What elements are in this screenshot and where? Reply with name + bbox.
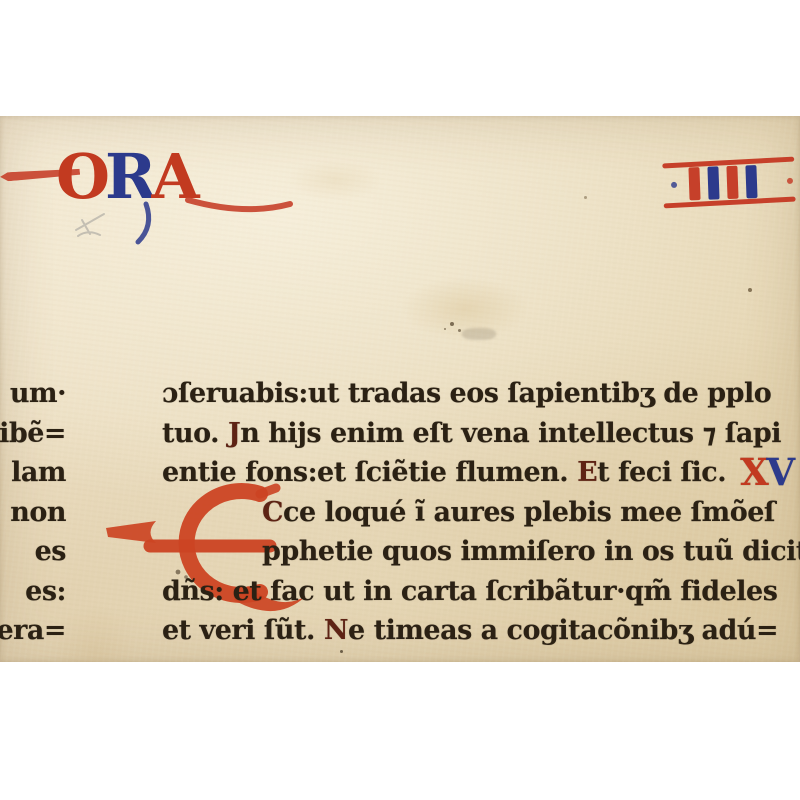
- pencil-mark: [70, 208, 116, 242]
- running-title-letter: R: [105, 142, 152, 212]
- paper-stain: [380, 266, 550, 351]
- folio-strokes: [688, 165, 757, 200]
- ink-speck: [458, 329, 461, 332]
- running-title-letter: A: [152, 142, 195, 212]
- ink-smudge: [462, 328, 496, 340]
- text-segment: dñs: et fac ut in carta ſcribãtur·qm̃ fi…: [162, 576, 777, 607]
- text-line: Cce loqué ĩ aures plebis mee ſmõeſ: [262, 493, 800, 533]
- fragment-line: era=: [0, 611, 66, 651]
- ink-speck: [450, 322, 454, 326]
- fragment-line: non: [0, 493, 66, 533]
- fragment-line: ibẽ=: [0, 414, 66, 454]
- text-line: ɔſeruabis:ut tradas eos ſapientibʒ de pp…: [162, 374, 800, 414]
- text-block: ɔſeruabis:ut tradas eos ſapientibʒ de pp…: [162, 374, 800, 651]
- folio-dot-right: [787, 178, 793, 184]
- text-segment: entie fons:et ſciẽtie flumen.: [162, 457, 577, 488]
- text-segment: X: [740, 450, 768, 494]
- text-line: pphetie quos immiſero in os tuũ dicit: [262, 532, 800, 572]
- text-segment: pphetie quos immiſero in os tuũ dicit: [262, 536, 800, 567]
- text-segment: E: [577, 457, 597, 488]
- text-line: et veri ſũt. Ne timeas a cogitacõnibʒ ad…: [162, 611, 800, 651]
- text-segment: J: [228, 418, 240, 449]
- text-segment: et veri ſũt.: [162, 615, 324, 646]
- text-line: entie fons:et ſciẽtie flumen. Et feci ſi…: [162, 453, 800, 493]
- fragment-line: es: [0, 532, 66, 572]
- manuscript-leaf-photo: ORA um·ibẽ=lamnoneses:era= ɔſeruabis:ut …: [0, 116, 800, 662]
- text-line: tuo. Jn hijs enim eſt vena intellectus ⁊…: [162, 414, 800, 454]
- ink-speck: [748, 288, 752, 292]
- paper-stain: [270, 152, 400, 208]
- text-segment: ɔſeruabis:ut tradas eos ſapientibʒ de pp…: [162, 378, 771, 409]
- folio-dot-left: [671, 182, 677, 188]
- ink-speck: [584, 196, 587, 199]
- running-title-letter: O: [56, 142, 105, 212]
- folio-number: [662, 156, 796, 211]
- text-segment: e timeas a cogitacõnibʒ adú=: [348, 615, 778, 646]
- text-segment: t feci ſic.: [597, 457, 726, 488]
- fragment-line: um·: [0, 374, 66, 414]
- fragment-line: es:: [0, 572, 66, 612]
- ink-speck: [444, 328, 446, 330]
- left-column-fragments: um·ibẽ=lamnoneses:era=: [0, 374, 66, 651]
- folio-stroke-I: [745, 165, 757, 198]
- fragment-line: lam: [0, 453, 66, 493]
- folio-stroke-I: [726, 166, 738, 199]
- text-segment: n hijs enim eſt vena intellectus ⁊ ſapi: [240, 418, 781, 449]
- text-segment: V: [766, 450, 794, 494]
- text-segment: tuo.: [162, 418, 228, 449]
- text-line: dñs: et fac ut in carta ſcribãtur·qm̃ fi…: [162, 572, 800, 612]
- folio-stroke-I: [688, 167, 700, 200]
- text-segment: C: [262, 497, 283, 528]
- folio-stroke-I: [707, 166, 719, 199]
- text-segment: N: [324, 615, 348, 646]
- text-segment: ce loqué ĩ aures plebis mee ſmõeſ: [283, 497, 775, 528]
